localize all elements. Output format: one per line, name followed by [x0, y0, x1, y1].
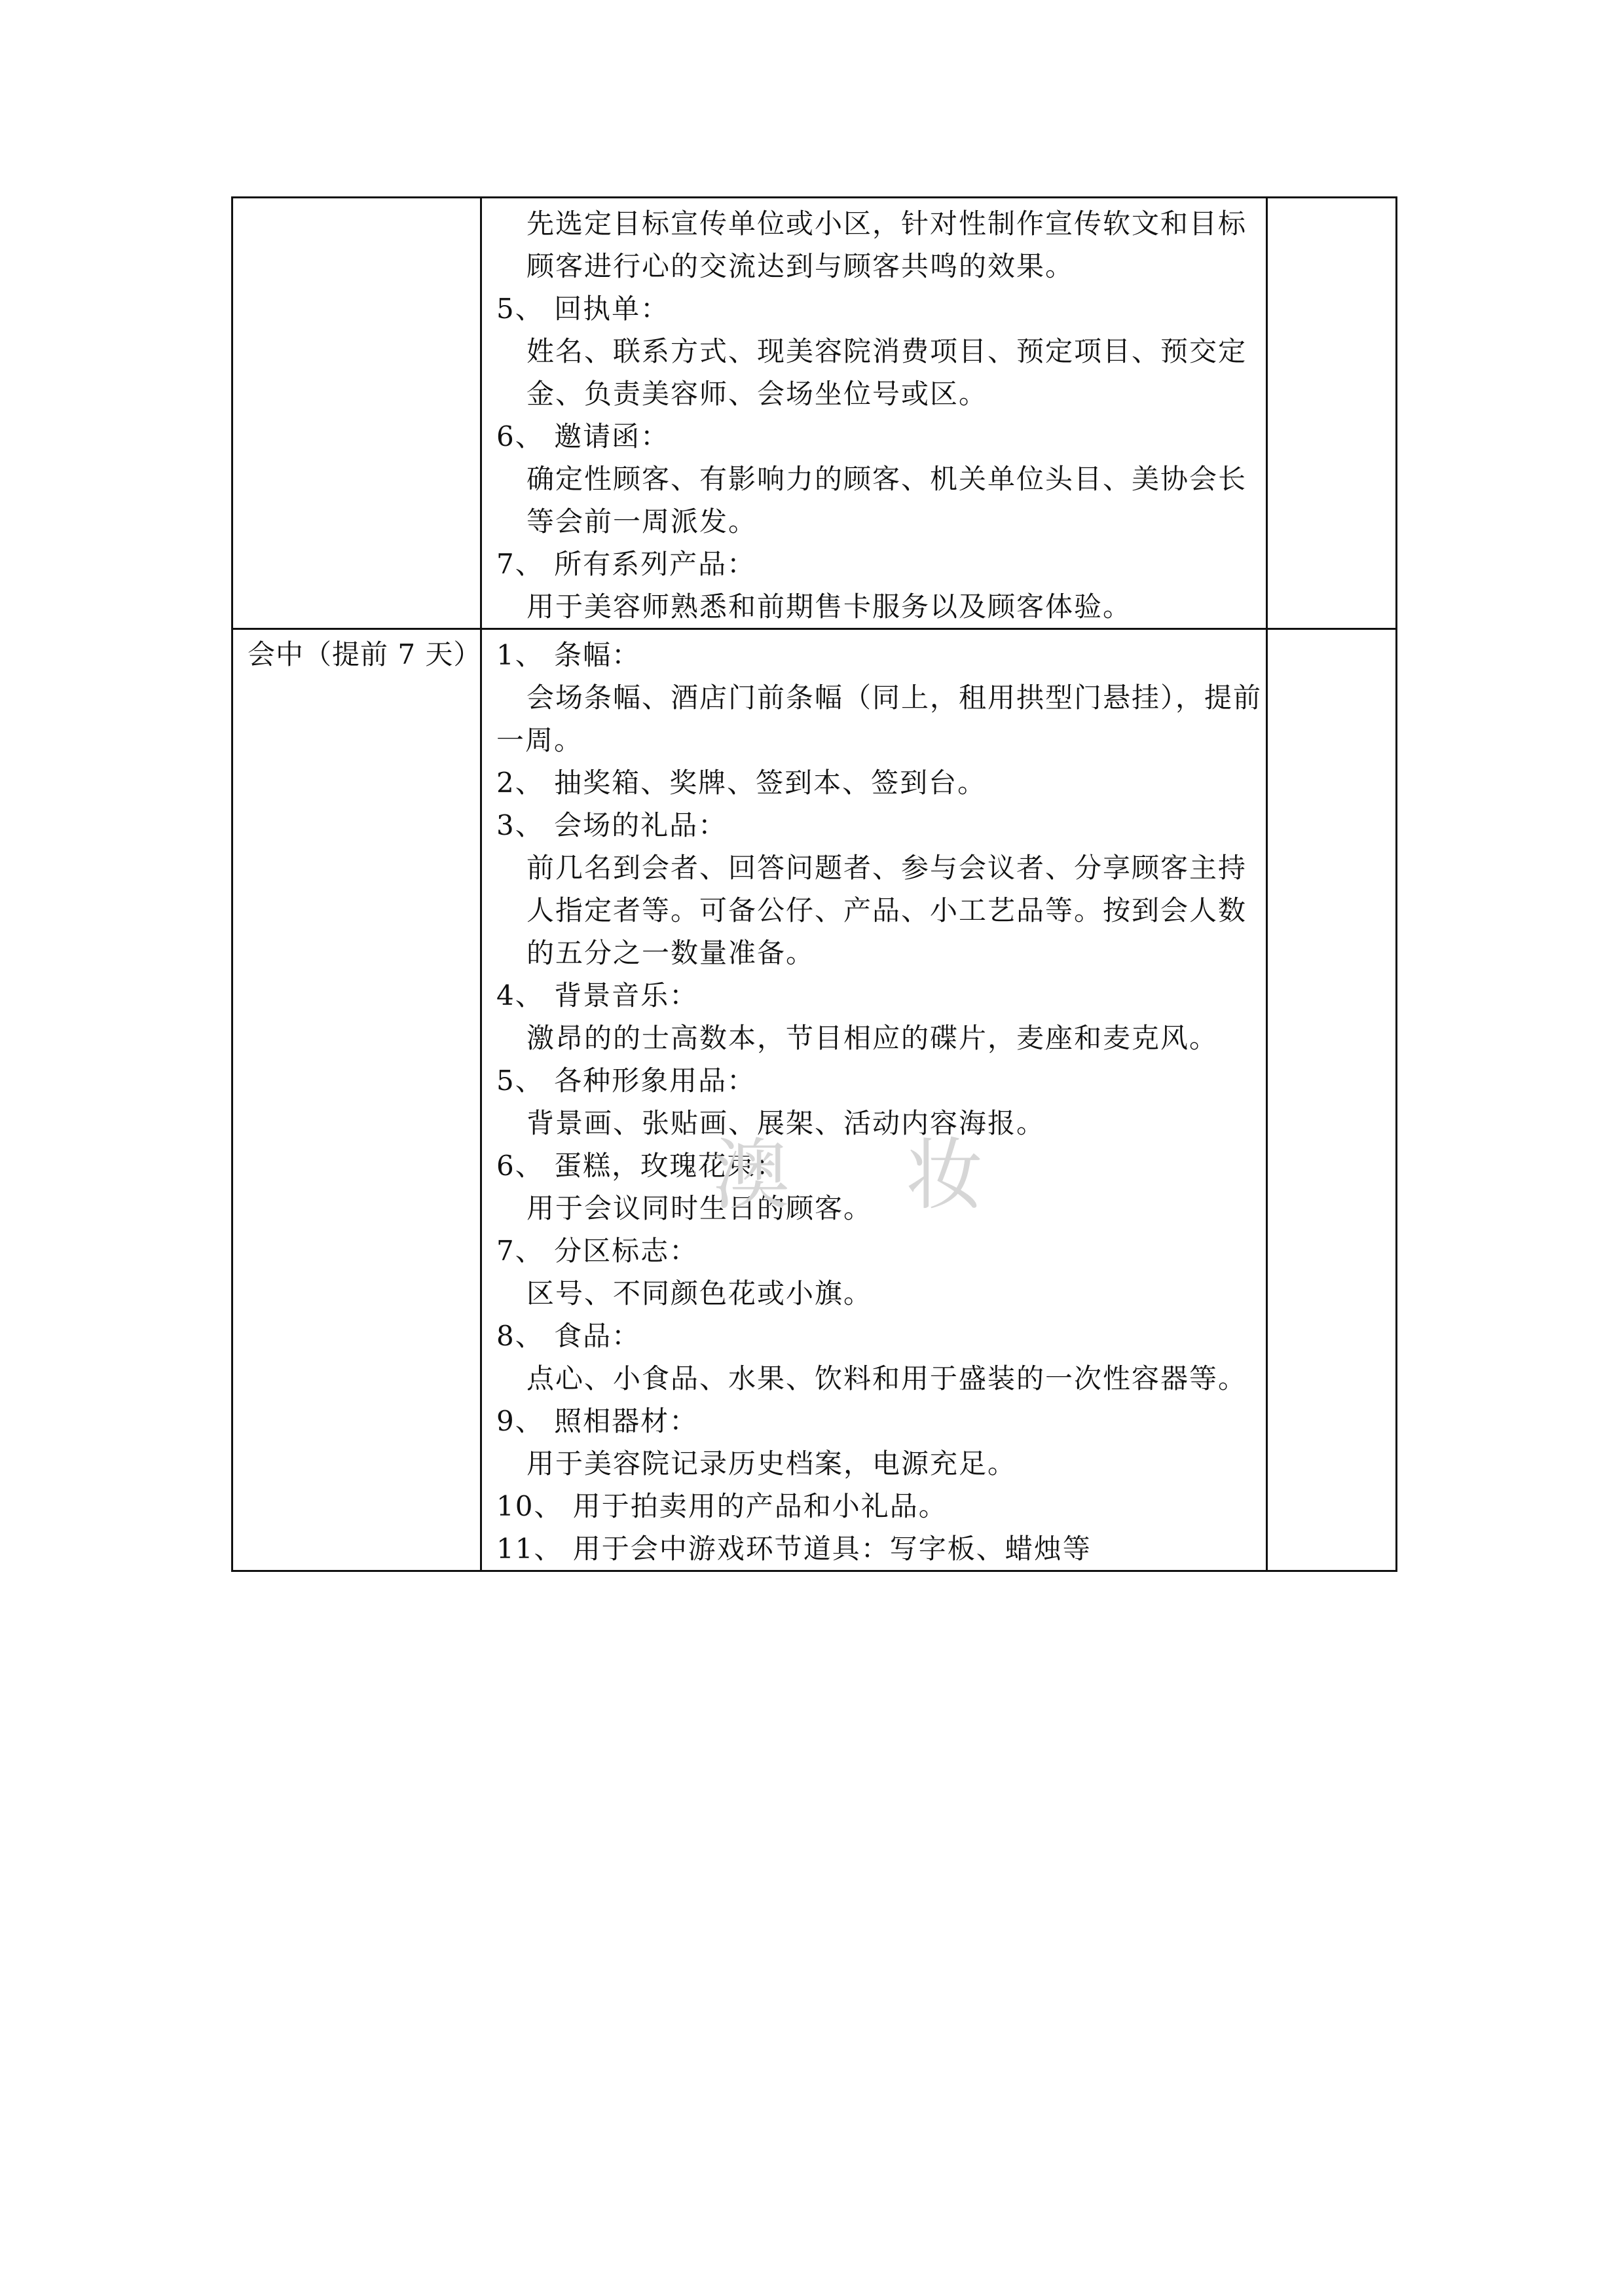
content-cell: 1、 条幅： 会场条幅、酒店门前条幅（同上，租用拱型门悬挂），提前 一周。 2、… [481, 629, 1267, 1571]
list-item-heading: 3、 会场的礼品： [482, 804, 1266, 847]
list-line: 用于美容院记录历史档案，电源充足。 [482, 1442, 1266, 1485]
list-item-heading: 5、 回执单： [482, 287, 1266, 330]
list-line: 用于美容师熟悉和前期售卡服务以及顾客体验。 [482, 585, 1266, 628]
remark-cell [1267, 629, 1397, 1571]
list-item-heading: 5、 各种形象用品： [482, 1059, 1266, 1102]
list-line: 用于会议同时生日的顾客。 [482, 1187, 1266, 1230]
list-item-heading: 10、 用于拍卖用的产品和小礼品。 [482, 1485, 1266, 1527]
content-lines: 先选定目标宣传单位或小区，针对性制作宣传软文和目标 顾客进行心的交流达到与顾客共… [482, 198, 1266, 628]
list-line: 顾客进行心的交流达到与顾客共鸣的效果。 [482, 245, 1266, 287]
list-item-heading: 8、 食品： [482, 1315, 1266, 1357]
list-line: 姓名、联系方式、现美容院消费项目、预定项目、预交定 [482, 330, 1266, 373]
stage-cell [232, 198, 481, 629]
list-line: 金、负责美容师、会场坐位号或区。 [482, 373, 1266, 415]
preparation-table: 先选定目标宣传单位或小区，针对性制作宣传软文和目标 顾客进行心的交流达到与顾客共… [231, 196, 1397, 1572]
list-line: 人指定者等。可备公仔、产品、小工艺品等。按到会人数 [482, 889, 1266, 932]
list-line: 区号、不同颜色花或小旗。 [482, 1272, 1266, 1315]
list-item-heading: 4、 背景音乐： [482, 974, 1266, 1017]
list-line: 等会前一周派发。 [482, 500, 1266, 543]
list-line: 激昂的的士高数本，节目相应的碟片，麦座和麦克风。 [482, 1017, 1266, 1059]
list-line: 点心、小食品、水果、饮料和用于盛装的一次性容器等。 [482, 1357, 1266, 1400]
list-item-heading: 7、 分区标志： [482, 1230, 1266, 1272]
list-line: 一周。 [482, 719, 1266, 761]
list-line: 的五分之一数量准备。 [482, 932, 1266, 974]
table-row: 会中（提前 7 天） 1、 条幅： 会场条幅、酒店门前条幅（同上，租用拱型门悬挂… [232, 629, 1397, 1571]
stage-label [233, 198, 480, 202]
list-line: 背景画、张贴画、展架、活动内容海报。 [482, 1102, 1266, 1144]
list-line: 先选定目标宣传单位或小区，针对性制作宣传软文和目标 [482, 202, 1266, 245]
list-item-heading: 1、 条幅： [482, 634, 1266, 676]
content-lines: 1、 条幅： 会场条幅、酒店门前条幅（同上，租用拱型门悬挂），提前 一周。 2、… [482, 630, 1266, 1570]
list-line: 会场条幅、酒店门前条幅（同上，租用拱型门悬挂），提前 [482, 676, 1266, 719]
table-row: 先选定目标宣传单位或小区，针对性制作宣传软文和目标 顾客进行心的交流达到与顾客共… [232, 198, 1397, 629]
remark-cell [1267, 198, 1397, 629]
list-item-heading: 7、 所有系列产品： [482, 543, 1266, 585]
list-item-heading: 6、 蛋糕，玫瑰花束： [482, 1144, 1266, 1187]
list-item-heading: 6、 邀请函： [482, 415, 1266, 458]
document-page: 先选定目标宣传单位或小区，针对性制作宣传软文和目标 顾客进行心的交流达到与顾客共… [0, 0, 1624, 2296]
list-line: 前几名到会者、回答问题者、参与会议者、分享顾客主持 [482, 847, 1266, 889]
content-cell: 先选定目标宣传单位或小区，针对性制作宣传软文和目标 顾客进行心的交流达到与顾客共… [481, 198, 1267, 629]
list-item-heading: 11、 用于会中游戏环节道具：写字板、蜡烛等 [482, 1527, 1266, 1570]
list-item-heading: 9、 照相器材： [482, 1400, 1266, 1442]
stage-label: 会中（提前 7 天） [233, 630, 480, 676]
list-line: 确定性顾客、有影响力的顾客、机关单位头目、美协会长 [482, 458, 1266, 500]
stage-cell: 会中（提前 7 天） [232, 629, 481, 1571]
list-item-heading: 2、 抽奖箱、奖牌、签到本、签到台。 [482, 761, 1266, 804]
